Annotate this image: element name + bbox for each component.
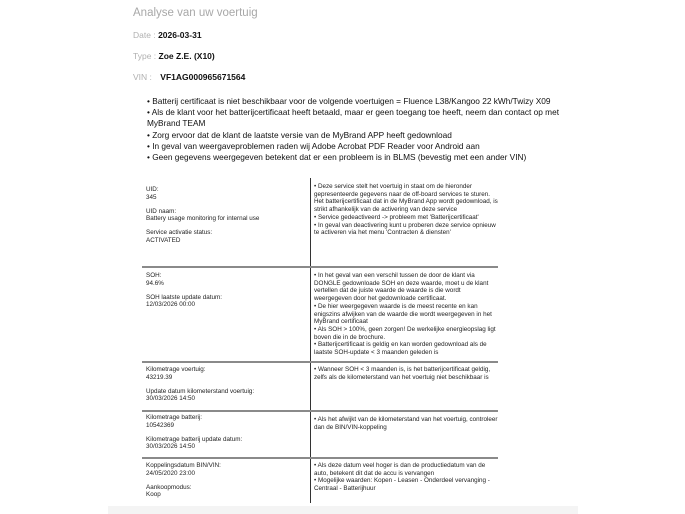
table-row-3-right: • Als het afwijkt van de kilometerstand … [314,416,500,431]
type-line: Type : Zoe Z.E. (X10) [133,51,215,61]
notes-list: • Batterij certificaat is niet beschikba… [147,96,587,163]
field-uid-name: UID naam: Battery usage monitoring for i… [146,208,306,223]
field-vehicle-km-update: Update datum kilometerstand voertuig: 30… [146,388,306,403]
note-item: • Zorg ervoor dat de klant de laatste ve… [147,130,587,141]
page-title: Analyse van uw voertuig [133,7,258,19]
table-row-0-left: UID: 345 UID naam: Battery usage monitor… [146,186,306,251]
row-separator [142,410,498,412]
field-soh-update: SOH laatste update datum: 12/03/2026 00:… [146,294,306,309]
note-item: • Als de klant voor het batterijcertific… [147,107,587,129]
field-battery-km: Kilometrage batterij: 10542369 [146,414,306,429]
table-row-0-right: • Deze service stelt het voertuig in sta… [314,183,500,237]
vin-line: VIN : VF1AG000965671564 [133,72,245,82]
row-separator [142,361,498,363]
note-item: • In geval van weergaveproblemen raden w… [147,141,587,152]
type-label: Type : [133,51,156,61]
page-footer-band [108,506,578,514]
row-separator [142,266,498,268]
table-column-divider [310,178,311,503]
field-purchase-mode: Aankoopmodus: Koop [146,484,306,499]
table-row-4-left: Koppelingsdatum BIN/VIN: 24/05/2020 23:0… [146,462,306,505]
field-uid: UID: 345 [146,186,306,201]
note-item: • Geen gegevens weergegeven betekent dat… [147,152,587,163]
note-item: • Batterij certificaat is niet beschikba… [147,96,587,107]
table-row-1-right: • In het geval van een verschil tussen d… [314,272,500,357]
table-row-2-left: Kilometrage voertuig: 43219.39 Update da… [146,366,306,409]
table-row-2-right: • Wanneer SOH < 3 maanden is, is het bat… [314,366,500,381]
field-battery-km-update: Kilometrage batterij update datum: 30/03… [146,436,306,451]
table-row-3-left: Kilometrage batterij: 10542369 Kilometra… [146,414,306,457]
date-line: Date : 2026-03-31 [133,30,202,40]
field-service-status: Service activatie status: ACTIVATED [146,229,306,244]
date-label: Date : [133,30,156,40]
table-row-1-left: SOH: 94.6% SOH laatste update datum: 12/… [146,272,306,315]
field-soh: SOH: 94.6% [146,272,306,287]
date-value: 2026-03-31 [158,30,201,40]
vin-label: VIN : [133,72,152,82]
type-value: Zoe Z.E. (X10) [159,51,215,61]
vin-value: VF1AG000965671564 [160,72,245,82]
field-vehicle-km: Kilometrage voertuig: 43219.39 [146,366,306,381]
field-bin-vin-date: Koppelingsdatum BIN/VIN: 24/05/2020 23:0… [146,462,306,477]
table-row-4-right: • Als deze datum veel hoger is dan de pr… [314,462,500,493]
